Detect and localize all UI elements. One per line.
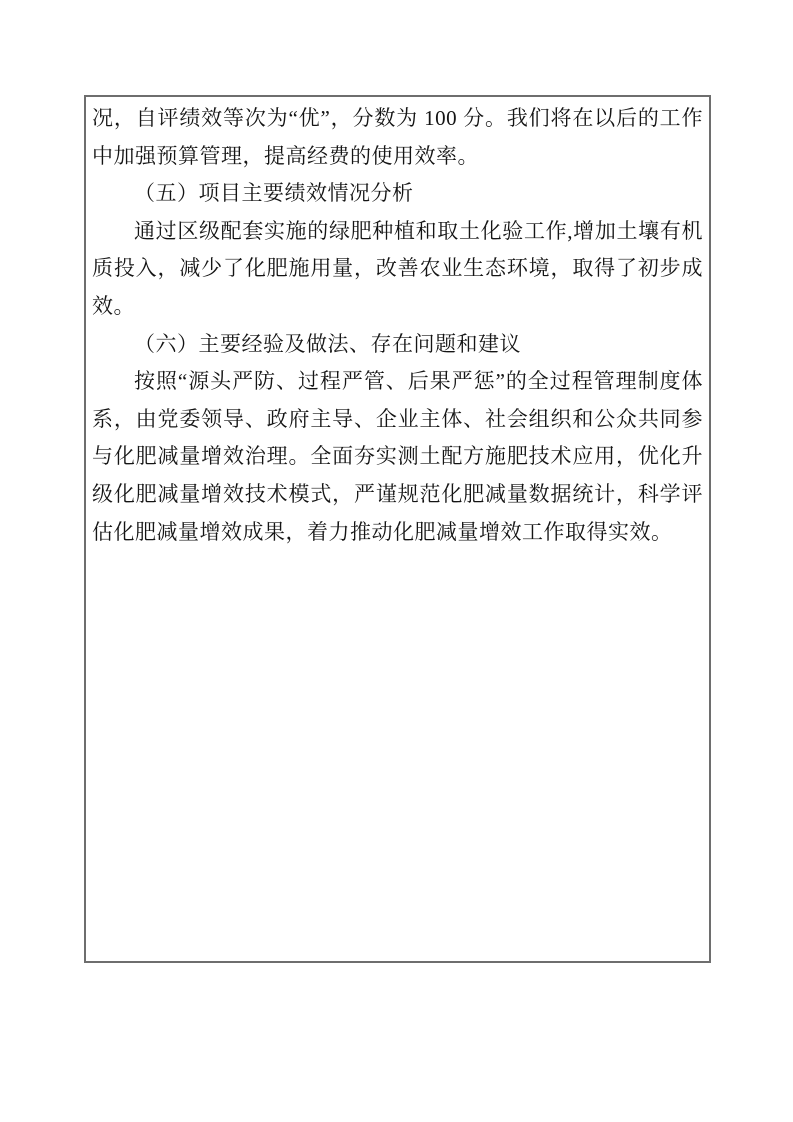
paragraph: 况，自评绩效等次为“优”，分数为 100 分。我们将在以后的工作中加强预算管理，… [92,100,703,175]
paragraph: （六）主要经验及做法、存在问题和建议 [92,326,703,364]
paragraph: 通过区级配套实施的绿肥种植和取土化验工作,增加土壤有机质投入，减少了化肥施用量，… [92,213,703,326]
paragraph: 按照“源头严防、过程严管、后果严惩”的全过程管理制度体系，由党委领导、政府主导、… [92,363,703,551]
content-cell: 况，自评绩效等次为“优”，分数为 100 分。我们将在以后的工作中加强预算管理，… [84,95,711,963]
document-page: 况，自评绩效等次为“优”，分数为 100 分。我们将在以后的工作中加强预算管理，… [0,0,793,1122]
paragraph: （五）项目主要绩效情况分析 [92,175,703,213]
